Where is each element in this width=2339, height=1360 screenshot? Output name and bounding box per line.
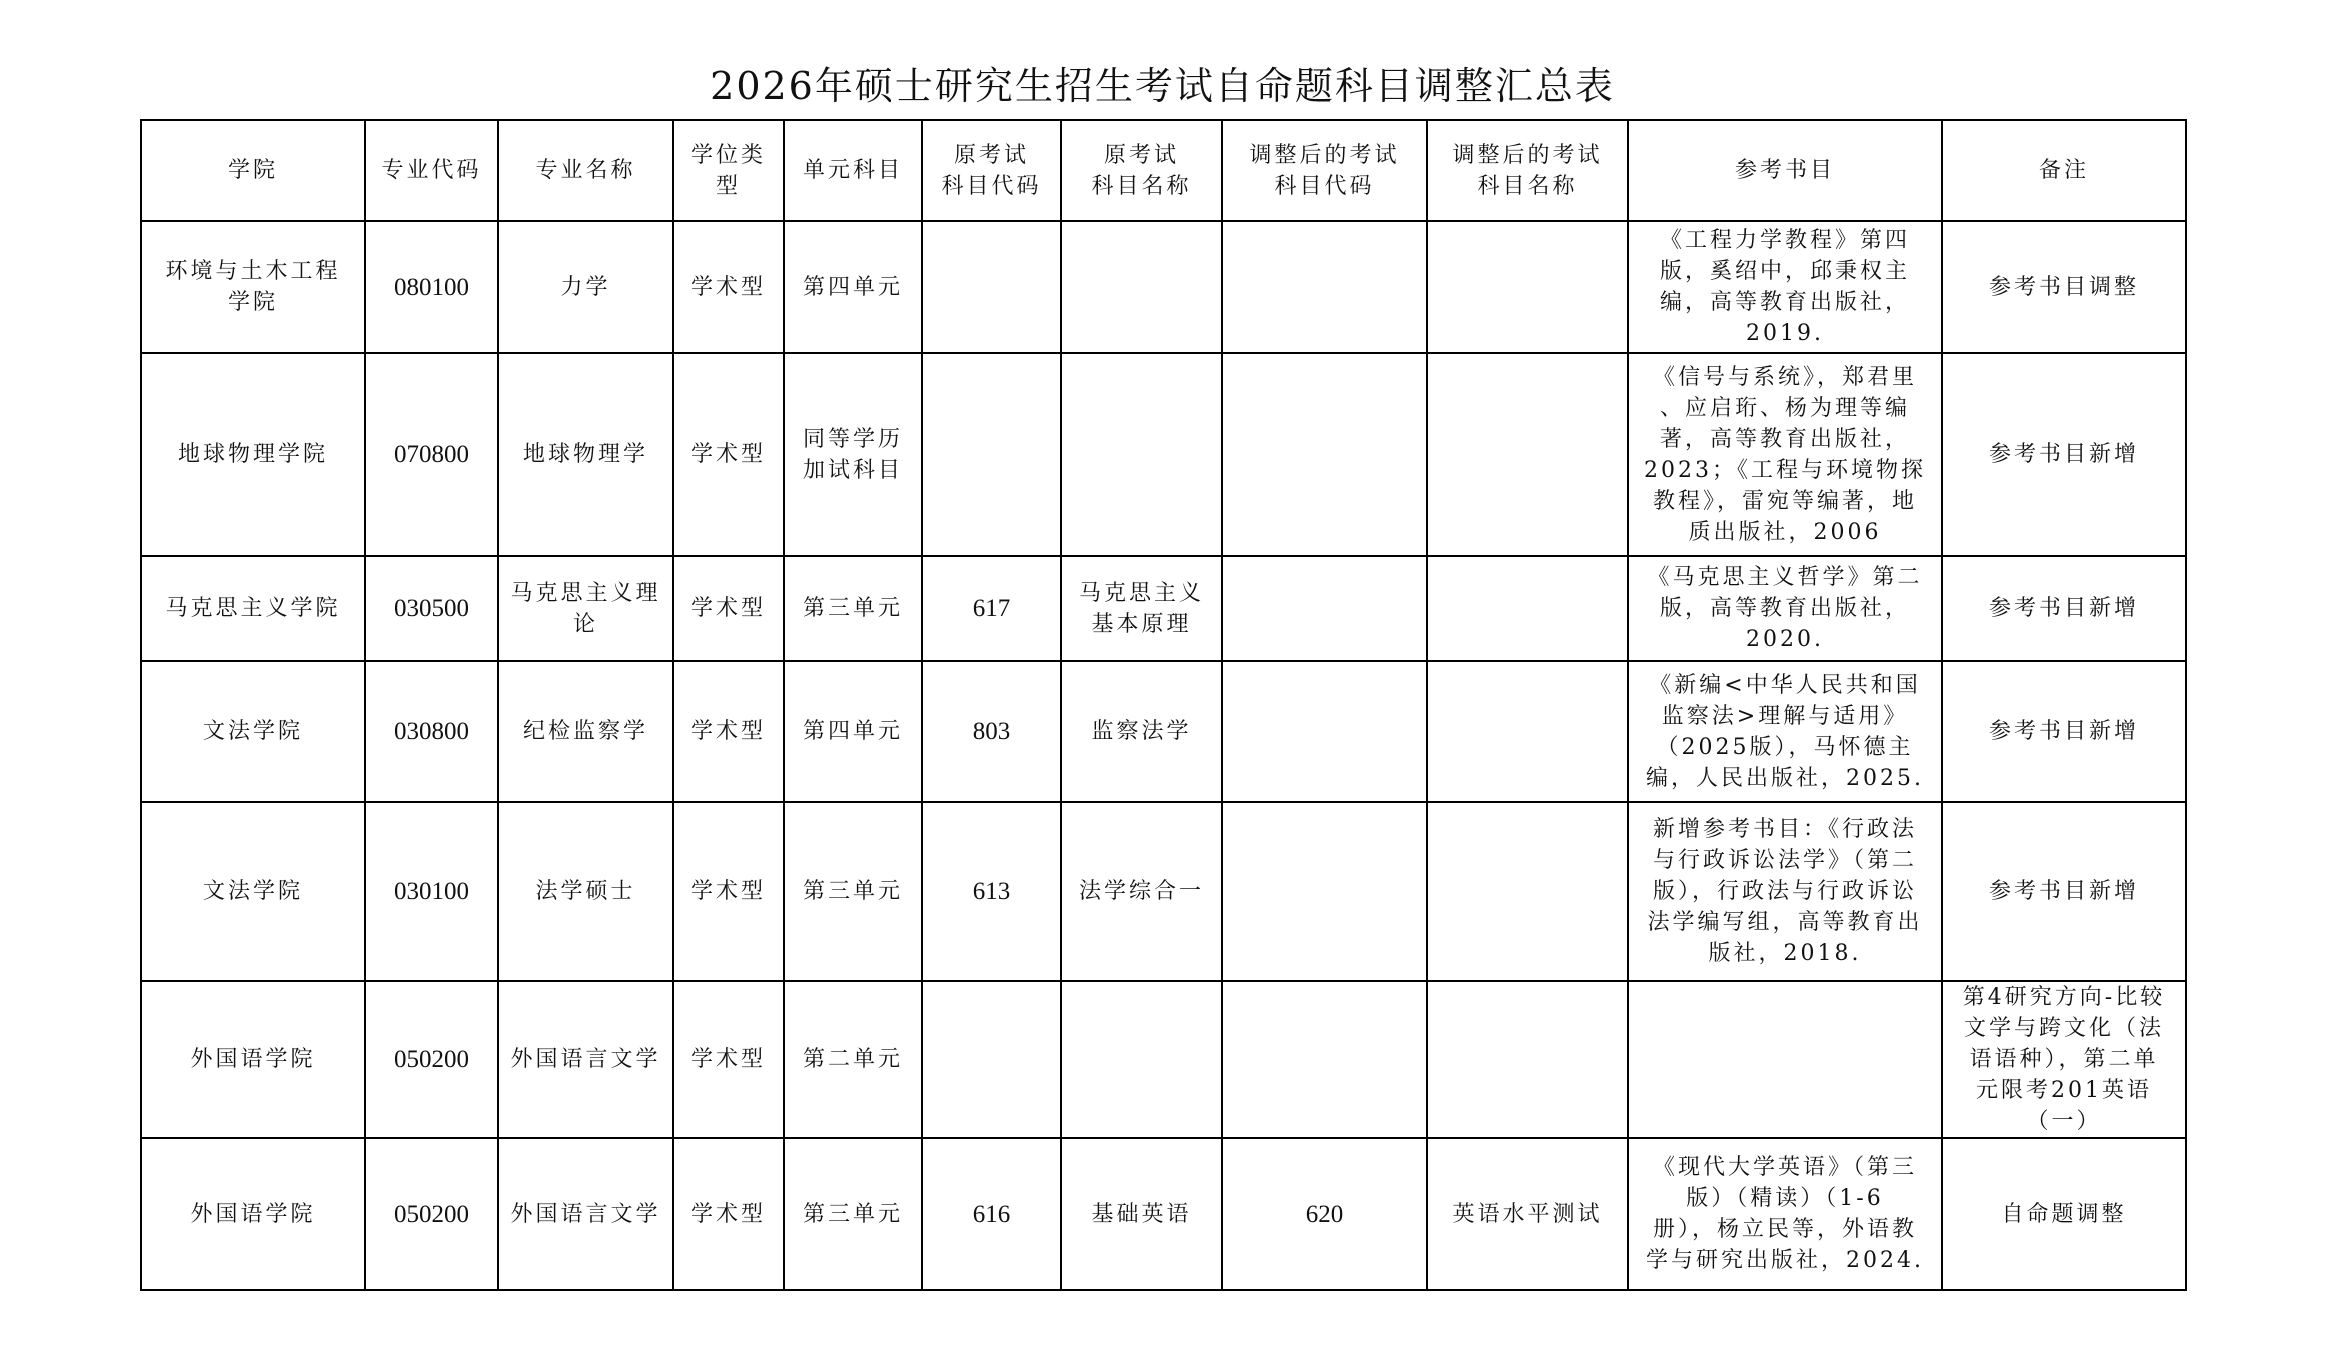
cell-unit-subject: 同等学历 加试科目 — [784, 353, 922, 556]
adjustment-summary-table: 学院 专业代码 专业名称 学位类 型 单元科目 原考试 科目代码 原考试 科目名… — [140, 119, 2187, 1291]
cell-unit-subject: 第二单元 — [784, 981, 922, 1138]
table-row: 马克思主义学院 030500 马克思主义理 论 学术型 第三单元 617 马克思… — [141, 556, 2186, 661]
cell-reference: 《马克思主义哲学》第二 版，高等教育出版社， 2020. — [1628, 556, 1942, 661]
cell-reference — [1628, 981, 1942, 1138]
cell-new-name — [1427, 221, 1628, 353]
header-row: 学院 专业代码 专业名称 学位类 型 单元科目 原考试 科目代码 原考试 科目名… — [141, 120, 2186, 221]
cell-college: 地球物理学院 — [141, 353, 365, 556]
cell-major-code: 070800 — [365, 353, 498, 556]
cell-remark: 第4研究方向-比较 文学与跨文化（法 语语种），第二单 元限考201英语 （一） — [1942, 981, 2186, 1138]
cell-new-code — [1222, 221, 1427, 353]
cell-reference: 新增参考书目：《行政法 与行政诉讼法学》（第二 版），行政法与行政诉讼 法学编写… — [1628, 802, 1942, 981]
header-unit-subject: 单元科目 — [784, 120, 922, 221]
cell-major-name: 力学 — [498, 221, 673, 353]
cell-major-code: 030800 — [365, 661, 498, 802]
document-title: 2026年硕士研究生招生考试自命题科目调整汇总表 — [0, 62, 2325, 110]
table-row: 环境与土木工程 学院 080100 力学 学术型 第四单元 《工程力学教程》第四… — [141, 221, 2186, 353]
cell-major-code: 030100 — [365, 802, 498, 981]
cell-college: 文法学院 — [141, 661, 365, 802]
cell-orig-code — [922, 221, 1061, 353]
header-major-name: 专业名称 — [498, 120, 673, 221]
cell-remark: 参考书目新增 — [1942, 556, 2186, 661]
cell-new-code: 620 — [1222, 1138, 1427, 1290]
cell-new-name — [1427, 981, 1628, 1138]
cell-new-name — [1427, 353, 1628, 556]
cell-unit-subject: 第四单元 — [784, 221, 922, 353]
cell-unit-subject: 第三单元 — [784, 556, 922, 661]
cell-orig-code: 613 — [922, 802, 1061, 981]
cell-remark: 参考书目调整 — [1942, 221, 2186, 353]
cell-degree-type: 学术型 — [673, 556, 784, 661]
cell-reference: 《新编<中华人民共和国 监察法>理解与适用》 （2025版），马怀德主 编，人民… — [1628, 661, 1942, 802]
cell-orig-name — [1061, 221, 1222, 353]
cell-major-code: 050200 — [365, 1138, 498, 1290]
cell-degree-type: 学术型 — [673, 661, 784, 802]
cell-orig-code: 803 — [922, 661, 1061, 802]
cell-orig-name: 基础英语 — [1061, 1138, 1222, 1290]
cell-unit-subject: 第三单元 — [784, 1138, 922, 1290]
cell-new-name — [1427, 802, 1628, 981]
cell-college: 文法学院 — [141, 802, 365, 981]
cell-college: 马克思主义学院 — [141, 556, 365, 661]
header-degree-type: 学位类 型 — [673, 120, 784, 221]
cell-unit-subject: 第四单元 — [784, 661, 922, 802]
cell-new-code — [1222, 661, 1427, 802]
cell-new-code — [1222, 981, 1427, 1138]
header-college: 学院 — [141, 120, 365, 221]
header-reference: 参考书目 — [1628, 120, 1942, 221]
cell-remark: 参考书目新增 — [1942, 661, 2186, 802]
cell-reference: 《信号与系统》，郑君里 、应启珩、杨为理等编 著，高等教育出版社， 2023；《… — [1628, 353, 1942, 556]
cell-new-name — [1427, 661, 1628, 802]
cell-new-code — [1222, 802, 1427, 981]
header-orig-name: 原考试 科目名称 — [1061, 120, 1222, 221]
cell-orig-name — [1061, 353, 1222, 556]
table-row: 外国语学院 050200 外国语言文学 学术型 第二单元 第4研究方向-比较 文… — [141, 981, 2186, 1138]
table-row: 文法学院 030800 纪检监察学 学术型 第四单元 803 监察法学 《新编<… — [141, 661, 2186, 802]
cell-orig-name: 法学综合一 — [1061, 802, 1222, 981]
cell-remark: 自命题调整 — [1942, 1138, 2186, 1290]
cell-orig-code: 616 — [922, 1138, 1061, 1290]
cell-major-name: 外国语言文学 — [498, 981, 673, 1138]
table-row: 文法学院 030100 法学硕士 学术型 第三单元 613 法学综合一 新增参考… — [141, 802, 2186, 981]
cell-college: 环境与土木工程 学院 — [141, 221, 365, 353]
cell-orig-name — [1061, 981, 1222, 1138]
table-row: 外国语学院 050200 外国语言文学 学术型 第三单元 616 基础英语 62… — [141, 1138, 2186, 1290]
cell-unit-subject: 第三单元 — [784, 802, 922, 981]
cell-reference: 《工程力学教程》第四 版，奚绍中，邱秉权主 编，高等教育出版社， 2019. — [1628, 221, 1942, 353]
cell-new-name — [1427, 556, 1628, 661]
cell-major-name: 法学硕士 — [498, 802, 673, 981]
cell-degree-type: 学术型 — [673, 221, 784, 353]
cell-reference: 《现代大学英语》（第三 版）（精读）（1-6 册），杨立民等，外语教 学与研究出… — [1628, 1138, 1942, 1290]
cell-orig-code — [922, 353, 1061, 556]
cell-degree-type: 学术型 — [673, 802, 784, 981]
cell-orig-name: 马克思主义 基本原理 — [1061, 556, 1222, 661]
header-major-code: 专业代码 — [365, 120, 498, 221]
cell-degree-type: 学术型 — [673, 1138, 784, 1290]
cell-major-name: 马克思主义理 论 — [498, 556, 673, 661]
header-orig-code: 原考试 科目代码 — [922, 120, 1061, 221]
header-new-code: 调整后的考试 科目代码 — [1222, 120, 1427, 221]
header-new-name: 调整后的考试 科目名称 — [1427, 120, 1628, 221]
cell-degree-type: 学术型 — [673, 353, 784, 556]
cell-degree-type: 学术型 — [673, 981, 784, 1138]
cell-orig-code: 617 — [922, 556, 1061, 661]
cell-major-code: 030500 — [365, 556, 498, 661]
cell-college: 外国语学院 — [141, 981, 365, 1138]
cell-college: 外国语学院 — [141, 1138, 365, 1290]
cell-major-code: 050200 — [365, 981, 498, 1138]
cell-remark: 参考书目新增 — [1942, 353, 2186, 556]
cell-orig-code — [922, 981, 1061, 1138]
table-row: 地球物理学院 070800 地球物理学 学术型 同等学历 加试科目 《信号与系统… — [141, 353, 2186, 556]
cell-new-name: 英语水平测试 — [1427, 1138, 1628, 1290]
cell-new-code — [1222, 556, 1427, 661]
cell-major-name: 外国语言文学 — [498, 1138, 673, 1290]
cell-major-code: 080100 — [365, 221, 498, 353]
cell-major-name: 地球物理学 — [498, 353, 673, 556]
cell-new-code — [1222, 353, 1427, 556]
cell-orig-name: 监察法学 — [1061, 661, 1222, 802]
header-remark: 备注 — [1942, 120, 2186, 221]
cell-remark: 参考书目新增 — [1942, 802, 2186, 981]
cell-major-name: 纪检监察学 — [498, 661, 673, 802]
